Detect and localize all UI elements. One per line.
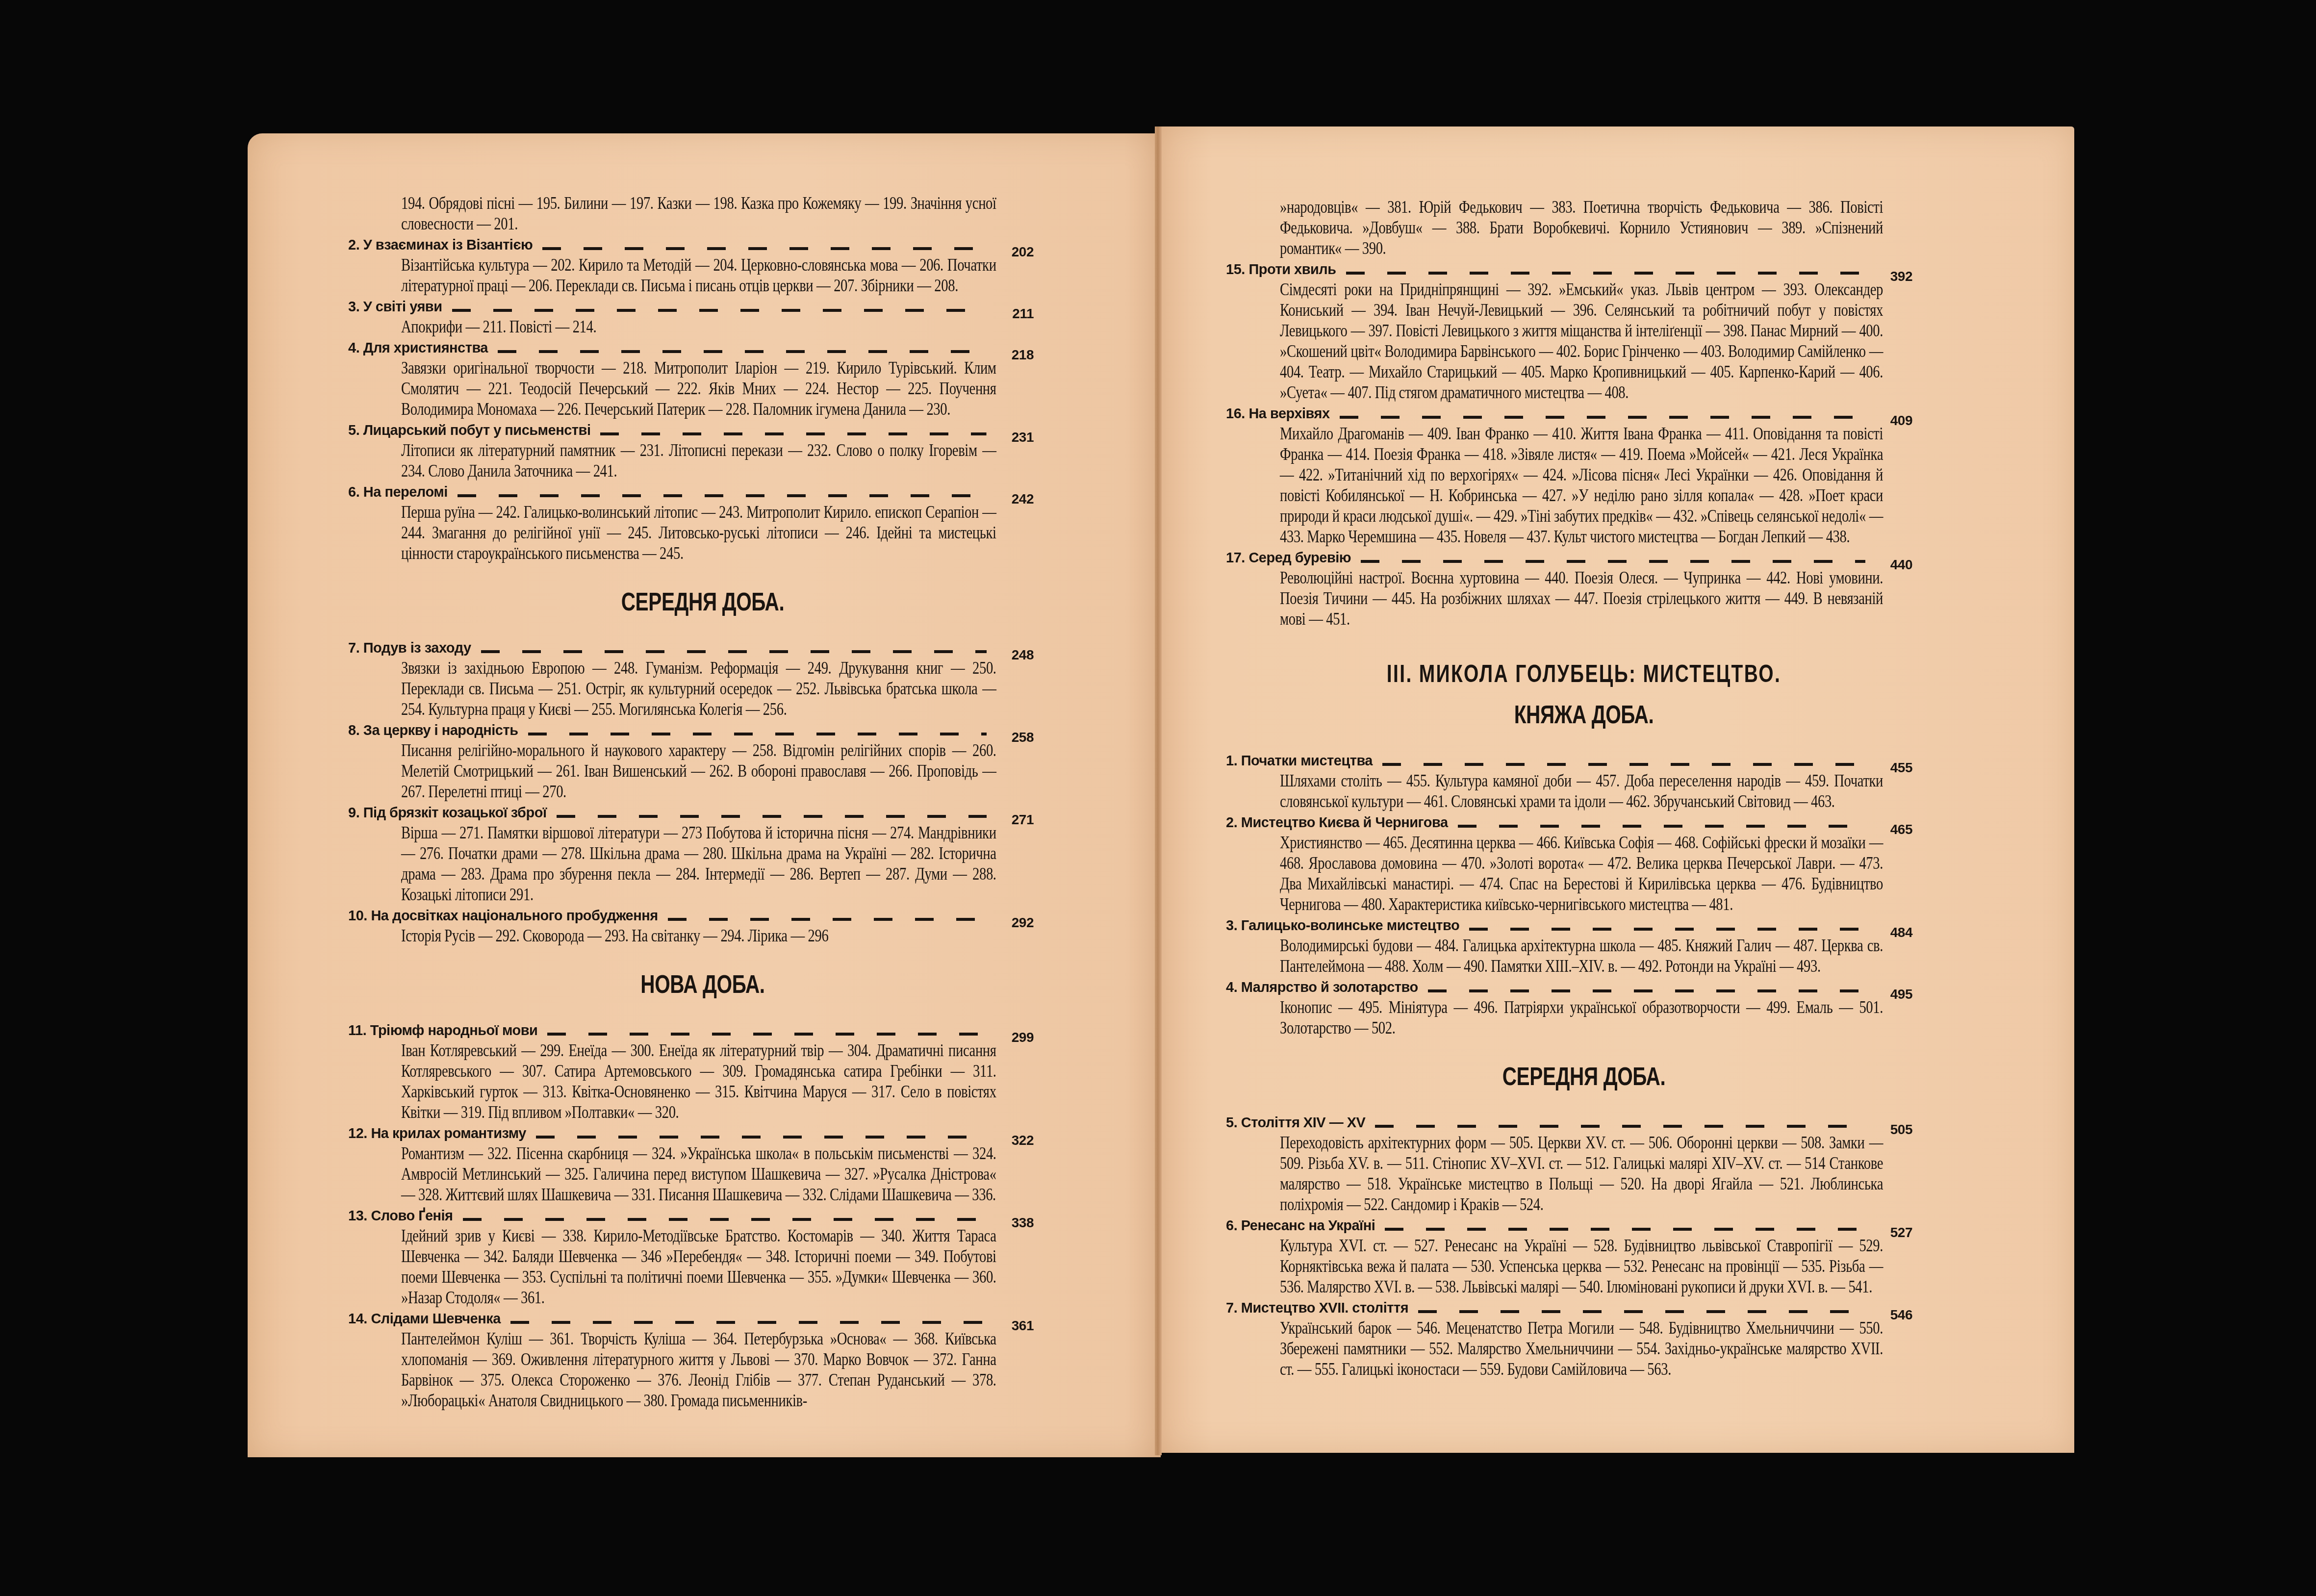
entry-title: Слідами Шевченка <box>371 1311 500 1327</box>
entry-title: На верхівях <box>1248 406 1329 422</box>
entry-body: Завязки оригінальної творчости — 218. Ми… <box>401 358 996 420</box>
entry-body: Пантелеймон Куліш — 361. Творчість Куліш… <box>401 1329 996 1411</box>
entry-body: Іван Котляревський — 299. Енеїда — 300. … <box>401 1040 996 1123</box>
entry-title: Подув із заходу <box>363 640 471 656</box>
entry-body: Український барок — 546. Меценатство Пет… <box>1280 1318 1883 1380</box>
entry-heading: 4. Для християнства 218 <box>348 338 1034 358</box>
entry-number: 2. <box>1226 815 1237 831</box>
dash-leader <box>452 308 987 313</box>
dash-leader <box>1469 927 1865 932</box>
entry-number: 6. <box>1226 1218 1237 1234</box>
toc-entry: 6. На переломі 242 Перша руїна — 242. Га… <box>401 482 1034 564</box>
dash-leader <box>1346 271 1865 276</box>
entry-body: Візантійська культура — 202. Кирило та М… <box>401 255 996 296</box>
entry-heading: 17. Серед буревію 440 <box>1226 548 1912 568</box>
dash-leader <box>1375 1124 1865 1129</box>
entry-title: Ренесанс на Україні <box>1241 1218 1375 1234</box>
toc-entry: 17. Серед буревію 440 Революційні настро… <box>1280 548 1917 630</box>
entry-body: Культура XVI. ст. — 527. Ренесанс на Укр… <box>1280 1236 1883 1297</box>
entry-heading: 14. Слідами Шевченка 361 <box>348 1309 1034 1329</box>
dash-leader <box>528 732 987 736</box>
toc-entry: 5. Лицарський побут у письменстві 231 Лі… <box>401 421 1034 481</box>
entry-heading: 2. Мистецтво Києва й Чернигова 465 <box>1226 813 1912 833</box>
dash-leader <box>510 1320 987 1325</box>
entry-body: Історія Русів — 292. Сковорода — 293. На… <box>401 926 996 946</box>
entry-number: 7. <box>1226 1300 1237 1316</box>
entry-number: 16. <box>1226 406 1245 422</box>
toc-entry: 9. Під брязкіт козацької зброї 271 Вірша… <box>401 803 1034 905</box>
section-heading: НОВА ДОБА. <box>445 970 961 999</box>
dash-leader <box>1428 988 1865 993</box>
toc-entry: 16. На верхівях 409 Михайло Драгоманів —… <box>1280 404 1917 547</box>
entry-title: Мистецтво Києва й Чернигова <box>1241 815 1448 831</box>
section-heading: СЕРЕДНЯ ДОБА. <box>1324 1062 1844 1091</box>
entry-number: 5. <box>348 423 359 438</box>
entry-body: Сімдесяті роки на Придніпрянщині — 392. … <box>1280 279 1883 403</box>
dash-leader <box>600 431 987 436</box>
entry-heading: 8. За церкву і народність 258 <box>348 721 1034 740</box>
entry-title: Серед буревію <box>1248 550 1351 566</box>
entry-heading: 6. На переломі 242 <box>348 482 1034 502</box>
entry-number: 15. <box>1226 262 1245 278</box>
left-page-toc: 194. Обрядові пісні — 195. Билини — 197.… <box>401 193 1034 1412</box>
entry-title: У світі уяви <box>363 299 442 315</box>
entry-title: На крилах романтизму <box>371 1126 526 1141</box>
entry-number: 8. <box>348 723 359 738</box>
section-heading: СЕРЕДНЯ ДОБА. <box>445 587 961 617</box>
entry-body: Писання релігійно-морального й наукового… <box>401 740 996 802</box>
toc-entry: 6. Ренесанс на Україні 527 Культура XVI.… <box>1280 1216 1917 1297</box>
dash-leader <box>1382 762 1865 767</box>
entry-title: Слово Ґенія <box>371 1208 453 1224</box>
entry-number: 7. <box>348 640 359 656</box>
entry-heading: 6. Ренесанс на Україні 527 <box>1226 1216 1912 1236</box>
entry-title: Початки мистецтва <box>1241 753 1373 769</box>
entry-number: 3. <box>348 299 359 315</box>
dash-leader <box>463 1217 987 1222</box>
continuation-text: 194. Обрядові пісні — 195. Билини — 197.… <box>401 193 996 234</box>
section-heading: КНЯЖА ДОБА. <box>1324 700 1844 730</box>
dash-leader <box>1361 559 1865 564</box>
entry-number: 11. <box>348 1023 366 1039</box>
entry-body: Апокрифи — 211. Повісті — 214. <box>401 317 996 337</box>
part-heading: III. МИКОЛА ГОЛУБЕЦЬ: МИСТЕЦТВО. <box>1324 659 1844 688</box>
entry-heading: 7. Подув із заходу 248 <box>348 638 1034 658</box>
entry-heading: 15. Проти хвиль 392 <box>1226 260 1912 279</box>
entry-heading: 1. Початки мистецтва 455 <box>1226 751 1912 771</box>
entry-number: 2. <box>348 237 359 253</box>
entry-title: Галицько-волинське мистецтво <box>1241 918 1459 934</box>
entry-heading: 3. У світі уяви 211 <box>348 297 1034 317</box>
toc-entry: 15. Проти хвиль 392 Сімдесяті роки на Пр… <box>1280 260 1917 403</box>
entry-number: 9. <box>348 805 359 821</box>
entry-title: На досвітках національного пробудження <box>371 908 658 924</box>
entry-body: Ідейний зрив у Києві — 338. Кирило-Метод… <box>401 1226 996 1308</box>
dash-leader <box>481 649 987 654</box>
dash-leader <box>536 1135 987 1140</box>
toc-entry: 10. На досвітках національного пробуджен… <box>401 906 1034 946</box>
entry-heading: 4. Малярство й золотарство 495 <box>1226 978 1912 997</box>
entry-body: Романтизм — 322. Пісенна скарбниця — 324… <box>401 1143 996 1205</box>
entry-body: Християнство — 465. Десятинна церква — 4… <box>1280 833 1883 915</box>
entry-number: 14. <box>348 1311 367 1327</box>
toc-entry: 4. Для християнства 218 Завязки оригінал… <box>401 338 1034 420</box>
entry-body: Іконопис — 495. Мініятура — 496. Патріяр… <box>1280 997 1883 1039</box>
entry-body: Шляхами століть — 455. Культура камяної … <box>1280 771 1883 812</box>
entry-number: 1. <box>1226 753 1237 769</box>
toc-entry: 4. Малярство й золотарство 495 Іконопис … <box>1280 978 1917 1039</box>
entry-heading: 13. Слово Ґенія 338 <box>348 1206 1034 1226</box>
toc-entry: 3. Галицько-волинське мистецтво 484 Воло… <box>1280 916 1917 977</box>
entry-number: 4. <box>348 340 359 356</box>
right-page-toc: »народовців« — 381. Юрій Федькович — 383… <box>1280 197 1917 1381</box>
entry-number: 13. <box>348 1208 367 1224</box>
entry-title: Проти хвиль <box>1248 262 1336 278</box>
toc-entry: 7. Мистецтво XVII. століття 546 Українсь… <box>1280 1298 1917 1380</box>
entry-body: Літописи як літературний памятник — 231.… <box>401 440 996 481</box>
dash-leader <box>498 349 987 354</box>
entry-heading: 5. Лицарський побут у письменстві 231 <box>348 421 1034 440</box>
toc-entry: 2. У взаєминах із Візантією 202 Візантій… <box>401 235 1034 296</box>
entry-title: Мистецтво XVII. століття <box>1241 1300 1408 1316</box>
continuation-text: »народовців« — 381. Юрій Федькович — 383… <box>1280 197 1883 259</box>
entry-body: Вірша — 271. Памятки віршової літератури… <box>401 823 996 905</box>
toc-entry: 13. Слово Ґенія 338 Ідейний зрив у Києві… <box>401 1206 1034 1308</box>
toc-entry: 7. Подув із заходу 248 Звязки із західнь… <box>401 638 1034 720</box>
entry-heading: 7. Мистецтво XVII. століття 546 <box>1226 1298 1912 1318</box>
entry-body: Володимирські будови — 484. Галицька арх… <box>1280 936 1883 977</box>
dash-leader <box>557 814 987 819</box>
entry-number: 4. <box>1226 980 1237 995</box>
toc-entry: 2. Мистецтво Києва й Чернигова 465 Христ… <box>1280 813 1917 915</box>
entry-number: 6. <box>348 484 359 500</box>
entry-number: 17. <box>1226 550 1245 566</box>
entry-title: Малярство й золотарство <box>1241 980 1418 995</box>
entry-title: Під брязкіт козацької зброї <box>363 805 547 821</box>
entry-title: Століття XIV — XV <box>1241 1115 1366 1131</box>
dash-leader <box>542 246 987 251</box>
entry-title: У взаєминах із Візантією <box>363 237 533 253</box>
dash-leader <box>458 493 987 498</box>
entry-number: 3. <box>1226 918 1237 934</box>
entry-heading: 3. Галицько-волинське мистецтво 484 <box>1226 916 1912 936</box>
toc-entry: 5. Століття XIV — XV 505 Переходовість а… <box>1280 1113 1917 1215</box>
entry-body: Переходовість архітектурних форм — 505. … <box>1280 1133 1883 1215</box>
entry-body: Перша руїна — 242. Галицько-волинський л… <box>401 502 996 564</box>
book-gutter <box>1155 127 1162 1455</box>
dash-leader <box>1418 1309 1865 1314</box>
entry-title: Лицарський побут у письменстві <box>363 423 591 438</box>
toc-entry: 8. За церкву і народність 258 Писання ре… <box>401 721 1034 802</box>
toc-entry: 3. У світі уяви 211 Апокрифи — 211. Пові… <box>401 297 1034 337</box>
entry-title: На переломі <box>363 484 448 500</box>
entry-heading: 16. На верхівях 409 <box>1226 404 1912 424</box>
toc-entry: 14. Слідами Шевченка 361 Пантелеймон Кул… <box>401 1309 1034 1411</box>
entry-number: 10. <box>348 908 367 924</box>
toc-entry: 1. Початки мистецтва 455 Шляхами століть… <box>1280 751 1917 812</box>
entry-heading: 12. На крилах романтизму 322 <box>348 1124 1034 1143</box>
dash-leader <box>1458 824 1865 829</box>
dash-leader <box>547 1032 987 1037</box>
dash-leader <box>668 917 987 922</box>
entry-title: Тріюмф народньої мови <box>370 1023 538 1039</box>
entry-body: Михайло Драгоманів — 409. Іван Франко — … <box>1280 424 1883 547</box>
entry-heading: 2. У взаєминах із Візантією 202 <box>348 235 1034 255</box>
book-spread: 194. Обрядові пісні — 195. Билини — 197.… <box>0 0 2316 1596</box>
entry-heading: 5. Століття XIV — XV 505 <box>1226 1113 1912 1133</box>
entry-body: Революційні настрої. Воєнна хуртовина — … <box>1280 568 1883 630</box>
entry-heading: 10. На досвітках національного пробуджен… <box>348 906 1034 926</box>
dash-leader <box>1340 415 1865 420</box>
entry-body: Звязки із західньою Европою — 248. Гуман… <box>401 658 996 720</box>
entry-number: 12. <box>348 1126 367 1141</box>
entry-number: 5. <box>1226 1115 1237 1131</box>
toc-entry: 11. Тріюмф народньої мови 299 Іван Котля… <box>401 1021 1034 1123</box>
toc-entry: 12. На крилах романтизму 322 Романтизм —… <box>401 1124 1034 1205</box>
entry-heading: 11. Тріюмф народньої мови 299 <box>348 1021 1034 1040</box>
entry-heading: 9. Під брязкіт козацької зброї 271 <box>348 803 1034 823</box>
dash-leader <box>1385 1227 1865 1232</box>
entry-title: Для християнства <box>363 340 488 356</box>
entry-title: За церкву і народність <box>363 723 518 738</box>
